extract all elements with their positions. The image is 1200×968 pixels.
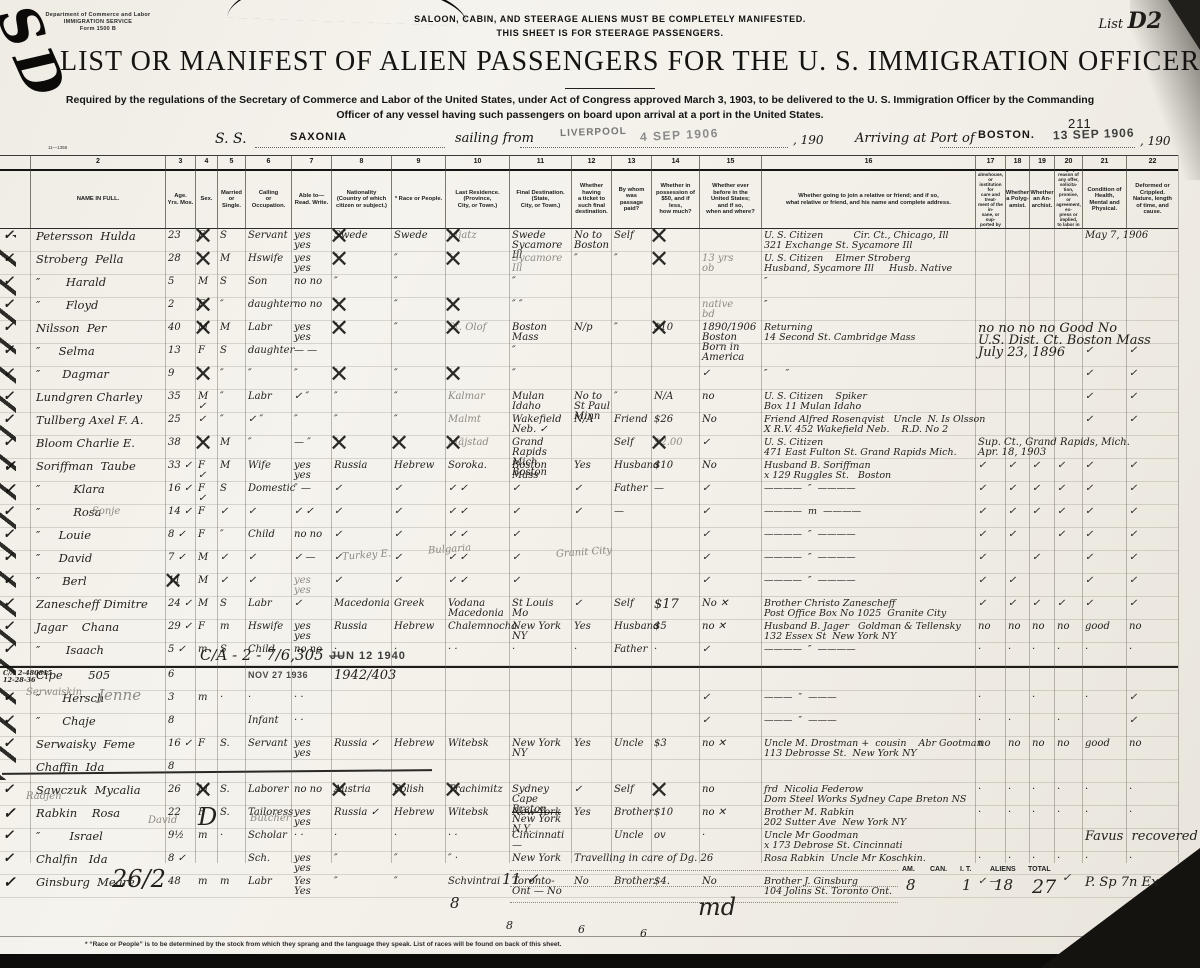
cell-text: Polish [394, 784, 424, 795]
cell-text: Yes [574, 621, 591, 632]
cell-dest: ✓ [509, 574, 571, 596]
cell-c17 [975, 829, 1005, 851]
cell-paid [611, 714, 651, 736]
cell-text: ″ Klara [36, 482, 105, 496]
cell-age: 9 [165, 367, 195, 389]
cell-race [391, 714, 445, 736]
cell-text: Domestic [248, 483, 295, 494]
cell-mark: ✓ [0, 852, 30, 874]
cell-text: no [702, 391, 714, 402]
cell-text: Brother M. Rabkin 202 Sutter Ave New Yor… [764, 807, 906, 828]
cell-text: Labr [248, 322, 272, 333]
cell-c18: · [1005, 806, 1029, 828]
cell-text: 5 ✓ [168, 644, 186, 655]
cell-text: ″ Berl [36, 574, 87, 588]
cell-res: ″ [445, 252, 509, 274]
cell-c20 [1054, 574, 1082, 596]
cell-c17: no no no no Good No U.S. Dist. Ct. Bosto… [975, 321, 1005, 363]
cell-age: 6 [165, 668, 195, 690]
cell-text: ″ [512, 276, 516, 287]
cell-text: Russia [334, 621, 367, 632]
cell-rw: — — [291, 344, 331, 366]
cell-text: ✓ [574, 506, 582, 517]
cell-occ: ✓ [245, 551, 291, 573]
cell-tkt [571, 829, 611, 851]
cell-text: · [654, 644, 657, 655]
cell-c20 [1054, 413, 1082, 435]
cell-text: ✓ [334, 483, 342, 494]
cell-rw: ✓ [291, 597, 331, 619]
cell-sex: F ✓ [195, 482, 217, 504]
cell-c17: ✓ [975, 574, 1005, 596]
cell-text: yes yes [294, 853, 311, 874]
cell-text: F [198, 506, 205, 517]
cell-money [651, 691, 699, 713]
cell-text: ″ Louie [36, 528, 91, 542]
cell-text: Husband B. Jager Goldman & Tellensky 132… [764, 621, 961, 642]
manifest-row-2: ✓Stroberg Pella28″MHswifeyes yes″″″Sycam… [0, 252, 1178, 275]
cell-race: ″ [391, 275, 445, 297]
cell-text: ✓ [1129, 506, 1137, 517]
cell-text: ″ · [448, 853, 458, 864]
cell-paid: ″ [611, 252, 651, 274]
column-header-rel: Whether going to join a relative or frie… [761, 171, 975, 228]
cell-health: ✓ [1082, 505, 1126, 527]
cell-rw: no no [291, 298, 331, 320]
cell-c19 [1029, 528, 1054, 550]
cell-rel: ″ ″ [761, 367, 975, 389]
column-header-money: Whether in possession of $50, and if les… [651, 171, 699, 228]
cell-text: no [1057, 738, 1069, 749]
manifest-row-3: ✓″ Harald5MSSonno no″″″″ [0, 275, 1178, 298]
cell-text: m [198, 830, 207, 841]
cell-text: ✓ [248, 552, 256, 563]
cell-money: $3 [651, 737, 699, 759]
cell-text: 7 ✓ [168, 552, 186, 563]
cell-c19 [1029, 668, 1054, 690]
cell-text: ✓ ″ [248, 414, 263, 425]
cell-text: S [220, 483, 227, 494]
cell-paid [611, 760, 651, 782]
cell-name: ″ Chaje [30, 714, 165, 736]
cell-text: Witebsk [448, 738, 489, 749]
cell-text: Bloom Charlie E. [36, 436, 135, 450]
cell-text: Yes [574, 460, 591, 471]
year-blank-2: , 190 [1140, 134, 1171, 148]
cell-res: ″ · [445, 852, 509, 874]
cell-c20: · [1054, 806, 1082, 828]
manifest-body: ✓Petersson Hulda23FSServantyes yesSwedeS… [0, 229, 1178, 898]
cell-c19 [1029, 413, 1054, 435]
cell-rw: · · [291, 714, 331, 736]
cell-dest: ″ [509, 275, 571, 297]
column-number-rel: 16 [761, 156, 975, 169]
cell-rel: Uncle Mr Goodman x 173 Debrose St. Cinci… [761, 829, 975, 851]
column-header-before: Whether ever before in the United States… [699, 171, 761, 228]
cell-text: 9 [168, 368, 174, 379]
overlay-annotation: David [148, 816, 177, 826]
cell-text: ✓ [702, 506, 710, 517]
cell-text: 6 [168, 669, 174, 680]
cell-text: Kalmar [448, 391, 485, 402]
column-number-mark [0, 156, 30, 169]
list-number: List D2 [1098, 8, 1162, 34]
cell-text: ✓ [1057, 483, 1065, 494]
cell-text: M [198, 575, 208, 586]
cell-text: New York [512, 807, 561, 818]
cell-occ: Servant [245, 737, 291, 759]
cell-tkt [571, 714, 611, 736]
vessel-line: 11—1358 S. S. SAXONIA sailing from LIVER… [0, 125, 1200, 155]
cell-sex [195, 852, 217, 874]
cell-text: no ✕ [702, 807, 726, 818]
cell-mar [217, 760, 245, 782]
cell-text: F ✓ [198, 483, 206, 504]
cell-name: ″ David [30, 551, 165, 573]
cell-paid: Friend [611, 413, 651, 435]
column-header-rw: Able to— Read. Write. [291, 171, 331, 228]
cell-text: · · [294, 692, 304, 703]
cell-rel: ——— ″ ——— [761, 714, 975, 736]
cell-race: ″ [391, 367, 445, 389]
cell-age: 11 [165, 574, 195, 596]
cell-text: no [1129, 738, 1141, 749]
cell-before [699, 344, 761, 366]
cell-rw: yes yes [291, 737, 331, 759]
cell-text: ″ [334, 391, 338, 402]
cell-text: ———— ″ ———— [764, 575, 856, 586]
total-label-am: AM. [902, 866, 915, 873]
cell-def: ✓ [1126, 482, 1178, 504]
column-number-row: 2345678910111213141516171819202122 [0, 155, 1178, 171]
cell-text: Self [614, 230, 634, 241]
cell-text: Friend Alfred Rosenqvist Uncle N. Is Ols… [764, 414, 985, 435]
cell-text: ✓ [394, 483, 402, 494]
cell-rel: ———— ″ ———— [761, 574, 975, 596]
cell-c19 [1029, 760, 1054, 782]
cell-age: 29 ✓ [165, 620, 195, 642]
cell-tkt: ✓ [571, 482, 611, 504]
cell-text: no no [294, 529, 322, 540]
cell-text: daughter [248, 345, 294, 356]
cell-sex: m [195, 875, 217, 897]
cell-sex: ″ [195, 252, 217, 274]
cell-c18 [1005, 252, 1029, 274]
cell-rel: ———— m ———— [761, 505, 975, 527]
cell-rel: ———— ″ ———— [761, 482, 975, 504]
cell-c19: ✓ [1029, 551, 1054, 573]
cell-text: · [512, 644, 515, 655]
cell-res: Vodana Macedonia [445, 597, 509, 619]
cell-occ: Sch. [245, 852, 291, 874]
cell-text: Friend [614, 414, 648, 425]
cell-text: ✓ [1129, 368, 1137, 379]
cell-def: ✓ [1126, 691, 1178, 713]
cell-text: Boston Mass [512, 322, 547, 343]
cell-text: frd Nicolia Federow Dom Steel Works Sydn… [764, 784, 966, 805]
cell-before: no ✕ [699, 620, 761, 642]
cell-text: ″ Harald [36, 275, 106, 289]
cell-nat: ✓ [331, 505, 391, 527]
cell-text: ″ Chaje [36, 714, 96, 728]
cell-text: daughter [248, 299, 294, 310]
cell-rw: ″ [291, 413, 331, 435]
cell-text: · [1057, 715, 1060, 726]
cell-text: m [220, 876, 229, 887]
cell-text: N/p [574, 322, 593, 333]
cell-c17: · [975, 806, 1005, 828]
cell-sex: M [195, 551, 217, 573]
cell-text: ✓ [3, 804, 16, 822]
cell-res: Witebsk [445, 737, 509, 759]
cell-nat: 1942/403 [331, 668, 391, 690]
cell-mar: S [217, 597, 245, 619]
cell-money [651, 551, 699, 573]
cell-c20: ✓ [1054, 505, 1082, 527]
cell-def: no [1126, 620, 1178, 642]
cell-age: 14 ✓ [165, 505, 195, 527]
cell-health: ✓ [1082, 551, 1126, 573]
manifest-row-4: ✓″ Floyd2F″daughterno no″″″″ ″native bd″ [0, 298, 1178, 321]
cell-text: ″ [334, 253, 338, 264]
cell-text: · · [448, 830, 458, 841]
column-header-mar: Married or Single. [217, 171, 245, 228]
sailing-port-stamp: LIVERPOOL [560, 126, 627, 139]
cell-text: 35 [168, 391, 181, 402]
cell-sex: F [195, 505, 217, 527]
cell-c19 [1029, 714, 1054, 736]
blank-rule [940, 146, 1135, 148]
cell-text: ✓ [702, 575, 710, 586]
cell-text: ″ Dagmar [36, 367, 109, 381]
cell-text: Petersson Hulda [36, 229, 136, 243]
cell-age: 9½ [165, 829, 195, 851]
cell-health: ✓ [1082, 482, 1126, 504]
cell-c18 [1005, 691, 1029, 713]
cell-mar: · [217, 829, 245, 851]
manifest-row-19: ✓″ Isaach5 ✓mSChildno no··· ···Father·✓—… [0, 643, 1178, 666]
cell-text: · [1032, 784, 1035, 795]
cell-before: No [699, 413, 761, 435]
cell-dest: New York NY [509, 620, 571, 642]
cell-before [699, 760, 761, 782]
cell-text: Favus recovered [1085, 831, 1198, 843]
cell-text: Serwaisky Feme [36, 737, 135, 751]
cell-text: — ″ [294, 437, 311, 448]
cell-paid [611, 298, 651, 320]
cell-occ: · [245, 691, 291, 713]
cell-sex: ″ [195, 367, 217, 389]
manifest-sheet: Department of Commerce and Labor IMMIGRA… [0, 0, 1200, 968]
cell-text: ″ [512, 345, 516, 356]
cell-mar: ″ [217, 528, 245, 550]
cell-sex: M [195, 574, 217, 596]
cell-tkt [571, 298, 611, 320]
overlay-annotation: md [698, 896, 736, 918]
cell-c18 [1005, 367, 1029, 389]
cell-dest: Wakefield Neb. ✓ [509, 413, 571, 435]
cell-text: Chalfin Ida [36, 852, 108, 866]
cell-money [651, 528, 699, 550]
ss-label: S. S. [215, 131, 247, 147]
cell-occ [245, 760, 291, 782]
cell-text: 13 [168, 345, 181, 356]
cell-name: ″ Louie [30, 528, 165, 550]
cell-dest [509, 760, 571, 782]
overlay-annotation: C/A - 2 - 7/6,305 — [200, 648, 343, 663]
manifest-row-1: ✓Petersson Hulda23FSServantyes yesSwedeS… [0, 229, 1178, 252]
cell-text: ″ [334, 414, 338, 425]
column-number-rw: 7 [291, 156, 331, 169]
cell-rw: · · [291, 829, 331, 851]
cell-dest: Boston Mass [509, 459, 571, 481]
cell-rw: no no [291, 275, 331, 297]
cell-text: ✓ [394, 575, 402, 586]
cell-name: Rabkin Rosa [30, 806, 165, 828]
cell-text: $10 [654, 460, 673, 471]
overlay-annotation: 6 [640, 928, 647, 939]
column-header-tkt: Whether having a ticket to such final de… [571, 171, 611, 228]
cell-def: ✓ [1126, 367, 1178, 389]
cell-mar: S. [217, 806, 245, 828]
cell-text: no ✕ [702, 738, 726, 749]
requirement-text: Required by the regulations of the Secre… [30, 93, 1130, 123]
cell-c19 [1029, 574, 1054, 596]
cell-def [1126, 668, 1178, 690]
cell-health [1082, 668, 1126, 690]
cell-c18 [1005, 551, 1029, 573]
cell-text: ✓ — [294, 552, 316, 563]
cell-c17: · [975, 643, 1005, 665]
manifest-row-20: C/A 2-480815 12-28-36Cipe 5056NOV 27 193… [0, 666, 1178, 691]
cell-res: ✓ ✓ [445, 482, 509, 504]
column-header-health: Condition of Health, Mental and Physical… [1082, 171, 1126, 228]
cell-def: ✓ [1126, 597, 1178, 619]
cell-race: ″ [391, 252, 445, 274]
leader-line [510, 869, 898, 871]
column-number-c18: 18 [1005, 156, 1029, 169]
cell-text: Zanescheff Dimitre [36, 597, 148, 611]
cell-text: ✓ [3, 782, 14, 797]
cell-text: · [1057, 644, 1060, 655]
cell-rw: ✓ ✓ [291, 505, 331, 527]
cell-text: ″ ″ [764, 368, 789, 379]
cell-text: m [220, 621, 229, 632]
cell-text: ✓ [702, 692, 710, 703]
cell-text: No to Boston [574, 230, 609, 251]
cell-paid [611, 551, 651, 573]
cell-text: ✓ [1032, 506, 1040, 517]
cell-text: ″ [394, 276, 398, 287]
column-number-res: 10 [445, 156, 509, 169]
cell-c20 [1054, 551, 1082, 573]
cell-name: ″ Harald [30, 275, 165, 297]
cell-text: Sup. Ct., Grand Rapids, Mich. Apr. 18, 1… [978, 438, 1130, 458]
cell-age: 5 [165, 275, 195, 297]
cell-c19: · [1029, 643, 1054, 665]
cell-c17: ✓ [975, 459, 1005, 481]
cell-text: U. S. Citizen Spiker Box 11 Mulan Idaho [764, 391, 867, 412]
cell-name: ″ Dagmar [30, 367, 165, 389]
cell-text: 2 [168, 299, 174, 310]
cell-text: Self [614, 437, 634, 448]
cell-text: no [1057, 621, 1069, 632]
cell-before: ✓ [699, 528, 761, 550]
cell-c17 [975, 298, 1005, 320]
column-number-money: 14 [651, 156, 699, 169]
cell-text: no [1032, 621, 1044, 632]
cell-rw: yes yes [291, 852, 331, 874]
cell-name: Soriffman Taube [30, 459, 165, 481]
cell-text: ″ [294, 368, 298, 379]
cell-text: No [702, 460, 717, 471]
cell-text: · [1085, 692, 1088, 703]
cell-text: ✓ [978, 483, 986, 494]
cell-c17: · [975, 714, 1005, 736]
cell-text: ✓ [334, 529, 342, 540]
manifest-row-27: ✓″ Israel9½m·Scholar· ···· ·Cincinnati —… [0, 829, 1178, 852]
column-header-mark [0, 171, 30, 228]
cell-text: Travelling in care of Dg. 26 [574, 854, 713, 864]
cell-text: ✓ [978, 598, 986, 609]
cell-rel: U. S. Citizen Elmer Stroberg Husband, Sy… [761, 252, 975, 274]
total-label-aliens: ALIENS [990, 866, 1016, 873]
cell-age: 8 [165, 714, 195, 736]
cell-text: ″ [198, 437, 202, 448]
cell-mar: S. [217, 737, 245, 759]
cell-text: ✓ [978, 575, 986, 586]
cell-text: Nilsson Per [36, 321, 106, 335]
cell-text: Chaffin Ida [36, 760, 104, 774]
overlay-annotation: Serwaiskin [26, 688, 82, 698]
cell-def: · [1126, 806, 1178, 828]
cell-occ: ″ [245, 367, 291, 389]
cell-age: 8 ✓ [165, 852, 195, 874]
cell-before: native bd [699, 298, 761, 320]
cell-text: U. S. Citizen 471 East Fulton St. Grand … [764, 437, 957, 458]
cell-text: New York NY [512, 738, 561, 759]
cell-health [1082, 275, 1126, 297]
cell-text: ″ [394, 853, 398, 864]
cell-c17 [975, 367, 1005, 389]
cell-text: M [220, 253, 230, 264]
cell-text: Rabkin Rosa [36, 806, 120, 820]
cell-c19: ✓ [1029, 505, 1054, 527]
cell-dest [509, 714, 571, 736]
cell-rel: ———— ″ ———— [761, 551, 975, 573]
cell-paid: Self [611, 597, 651, 619]
cell-text: ✓ [1085, 529, 1093, 540]
cell-paid [611, 528, 651, 550]
cell-text: Hswife [248, 621, 283, 632]
cell-mar: ″ [217, 298, 245, 320]
cell-text: no no no no Good No U.S. Dist. Ct. Bosto… [978, 323, 1151, 359]
cell-text: M [198, 276, 208, 287]
manifest-row-16: ✓″ Berl11M✓✓yes yes✓✓✓ ✓✓✓———— ″ ————✓✓✓… [0, 574, 1178, 597]
cell-tkt: Yes [571, 620, 611, 642]
cell-paid [611, 344, 651, 366]
cell-text: ✓ [220, 506, 228, 517]
cell-text: Greek [394, 598, 425, 609]
cell-text: St Louis Mo [512, 598, 553, 619]
cell-paid [611, 574, 651, 596]
cell-def: ✓ [1126, 574, 1178, 596]
cell-c19: ✓ [1029, 482, 1054, 504]
cell-money: $10 [651, 459, 699, 481]
manifest-row-9: ✓Tullberg Axel F. A.25✓″✓ ″″″″MalmtWakef… [0, 413, 1178, 436]
cell-text: ″ [448, 253, 452, 264]
cell-text: ✓ [702, 552, 710, 563]
